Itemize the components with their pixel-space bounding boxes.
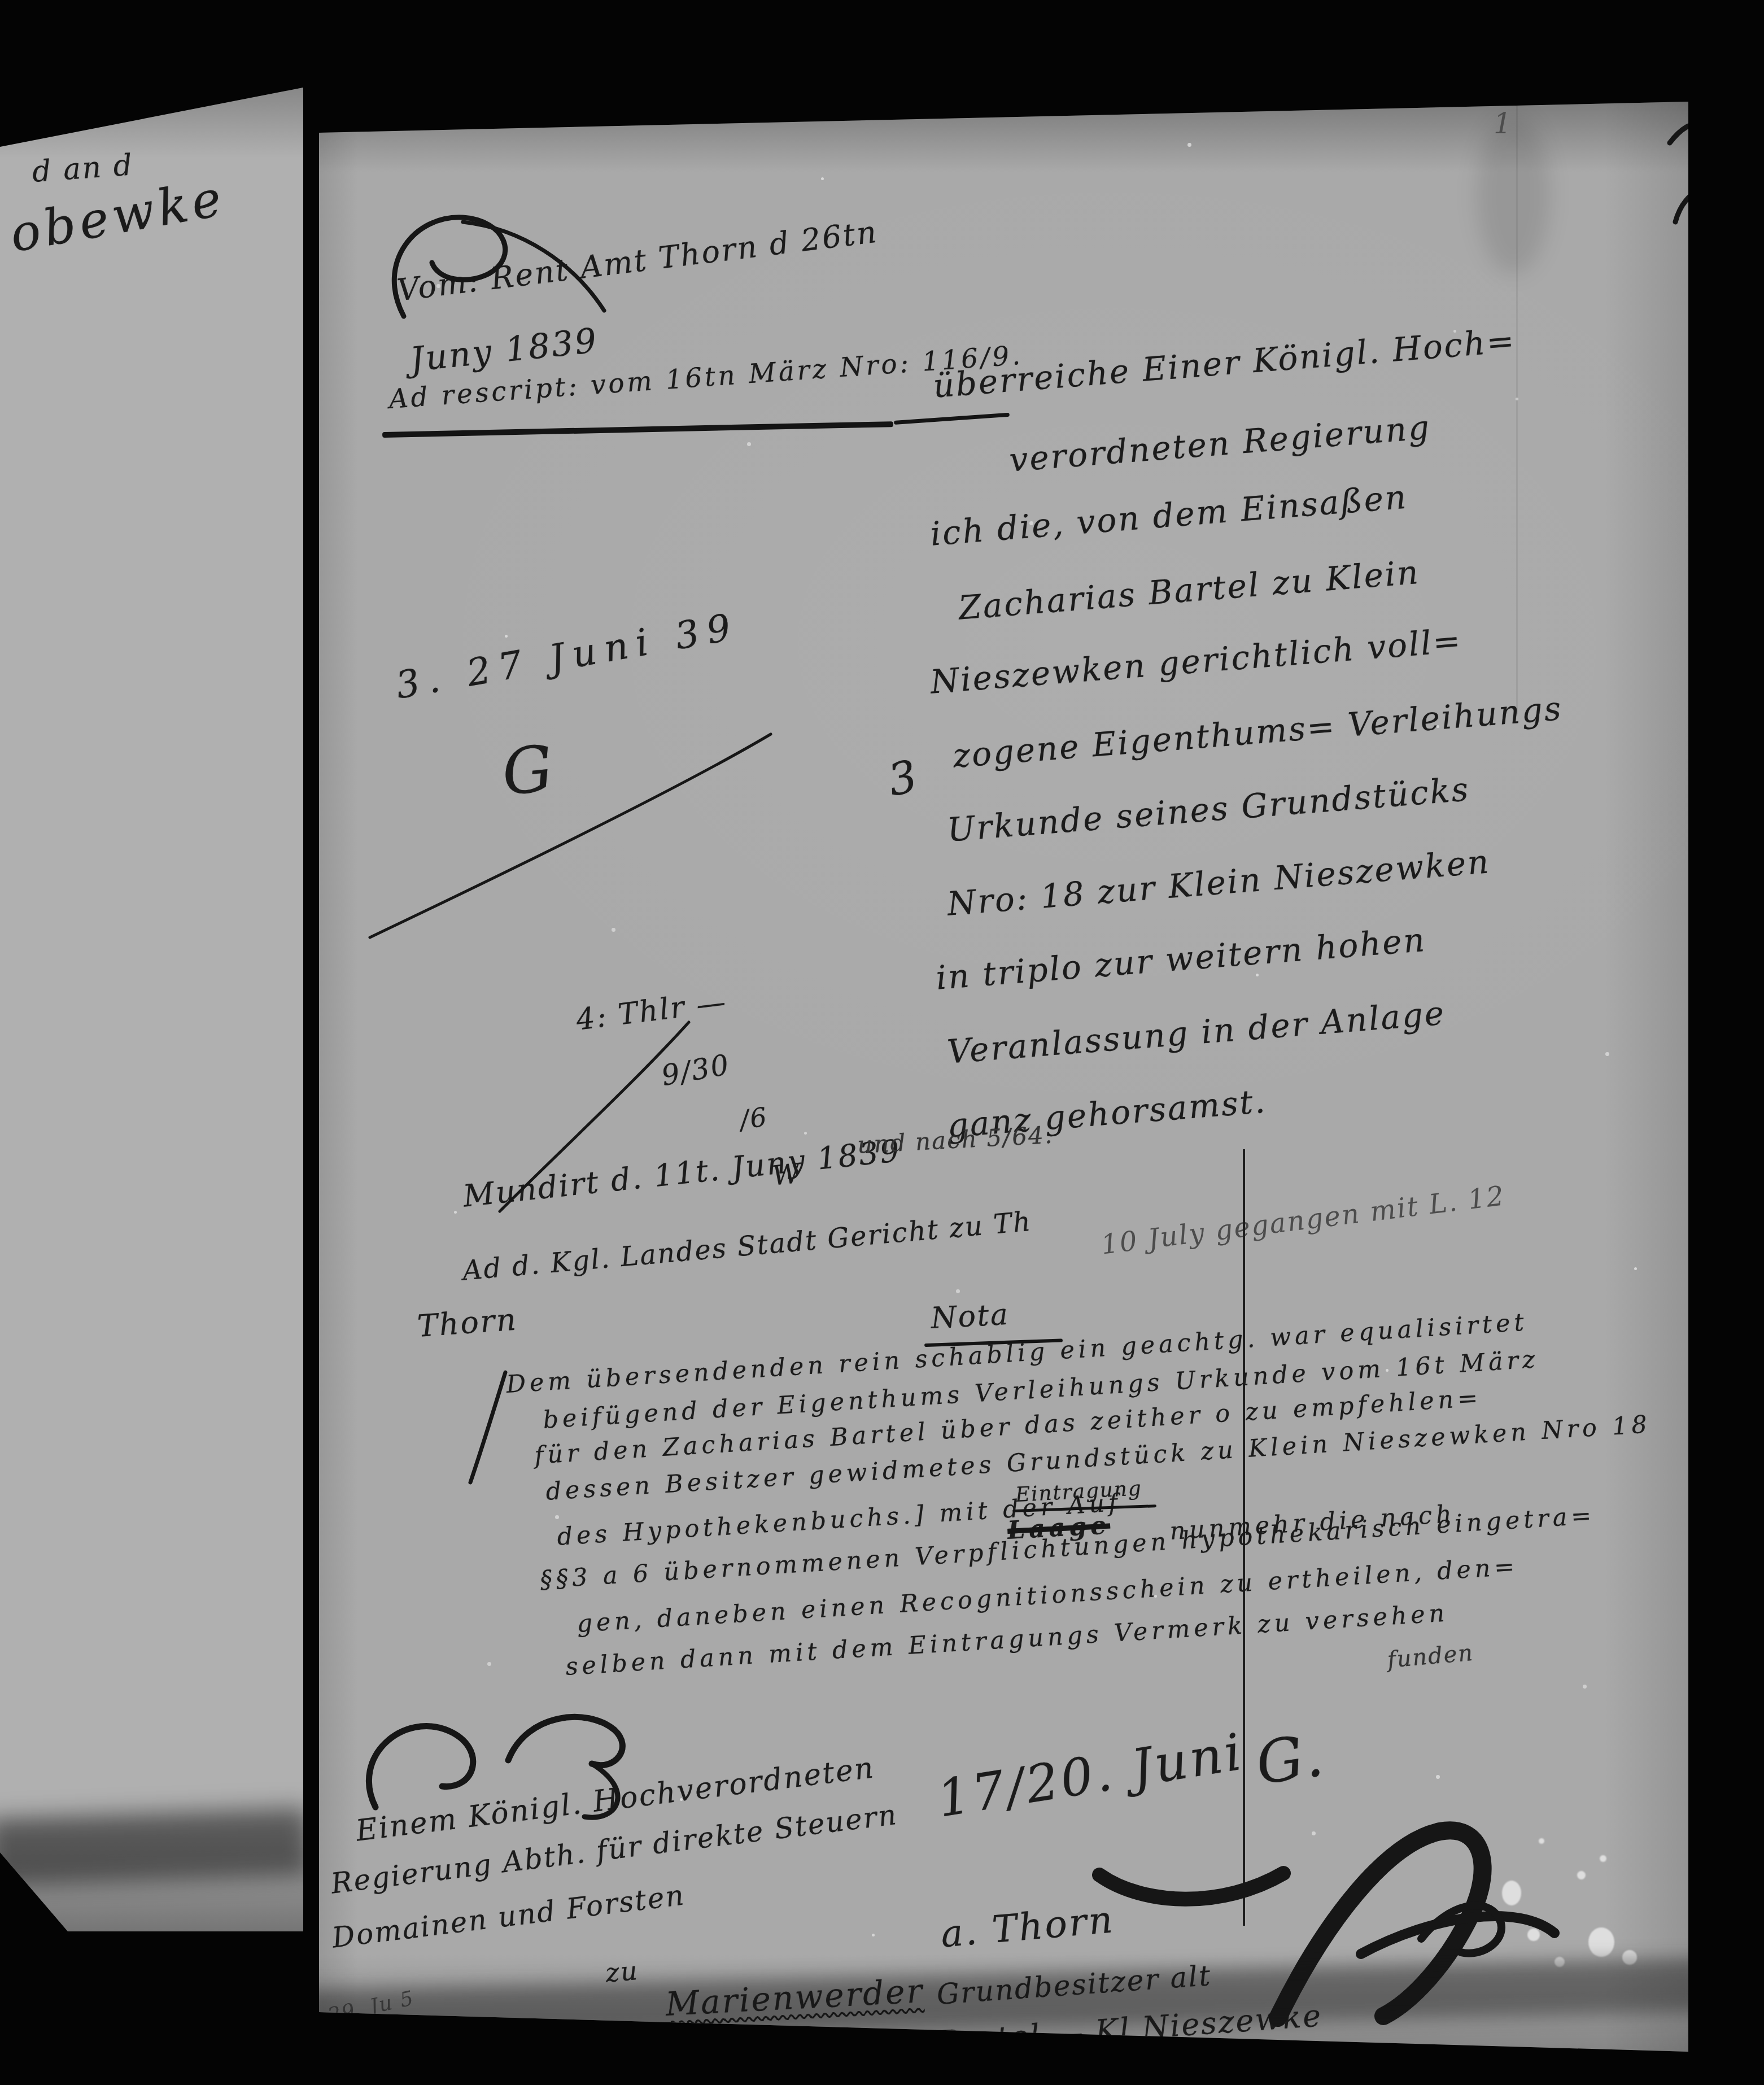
address-flourish-tail [584, 1764, 618, 1817]
fragment-marginalia-line1: d an d [31, 148, 134, 189]
address-flourish-right [508, 1717, 622, 1765]
edge-stroke-upper [1670, 124, 1688, 143]
edge-stroke-lower [1675, 189, 1688, 222]
ink-flourishes [319, 93, 1688, 2056]
registry-note: 29. Ju 5 [326, 1987, 416, 2027]
facing-page-edge: d an d obewke [0, 73, 303, 1937]
paper-specks [319, 93, 321, 95]
diagonal-stroke-lower [500, 1022, 689, 1211]
diagonal-stroke-upper [370, 734, 771, 937]
photographed-archive-document: d an d obewke 1 Vom: Rent Amt Thorn d 26… [0, 0, 1764, 2085]
opening-flourish [394, 217, 505, 316]
address-flourish-left [369, 1726, 473, 1807]
minute-margin-slash [470, 1372, 505, 1482]
document-page: 1 Vom: Rent Amt Thorn d 26tn Juny 1839 A… [319, 93, 1688, 2056]
date-underline-sweep [1099, 1873, 1283, 1899]
opening-flourish-tail [463, 222, 604, 311]
